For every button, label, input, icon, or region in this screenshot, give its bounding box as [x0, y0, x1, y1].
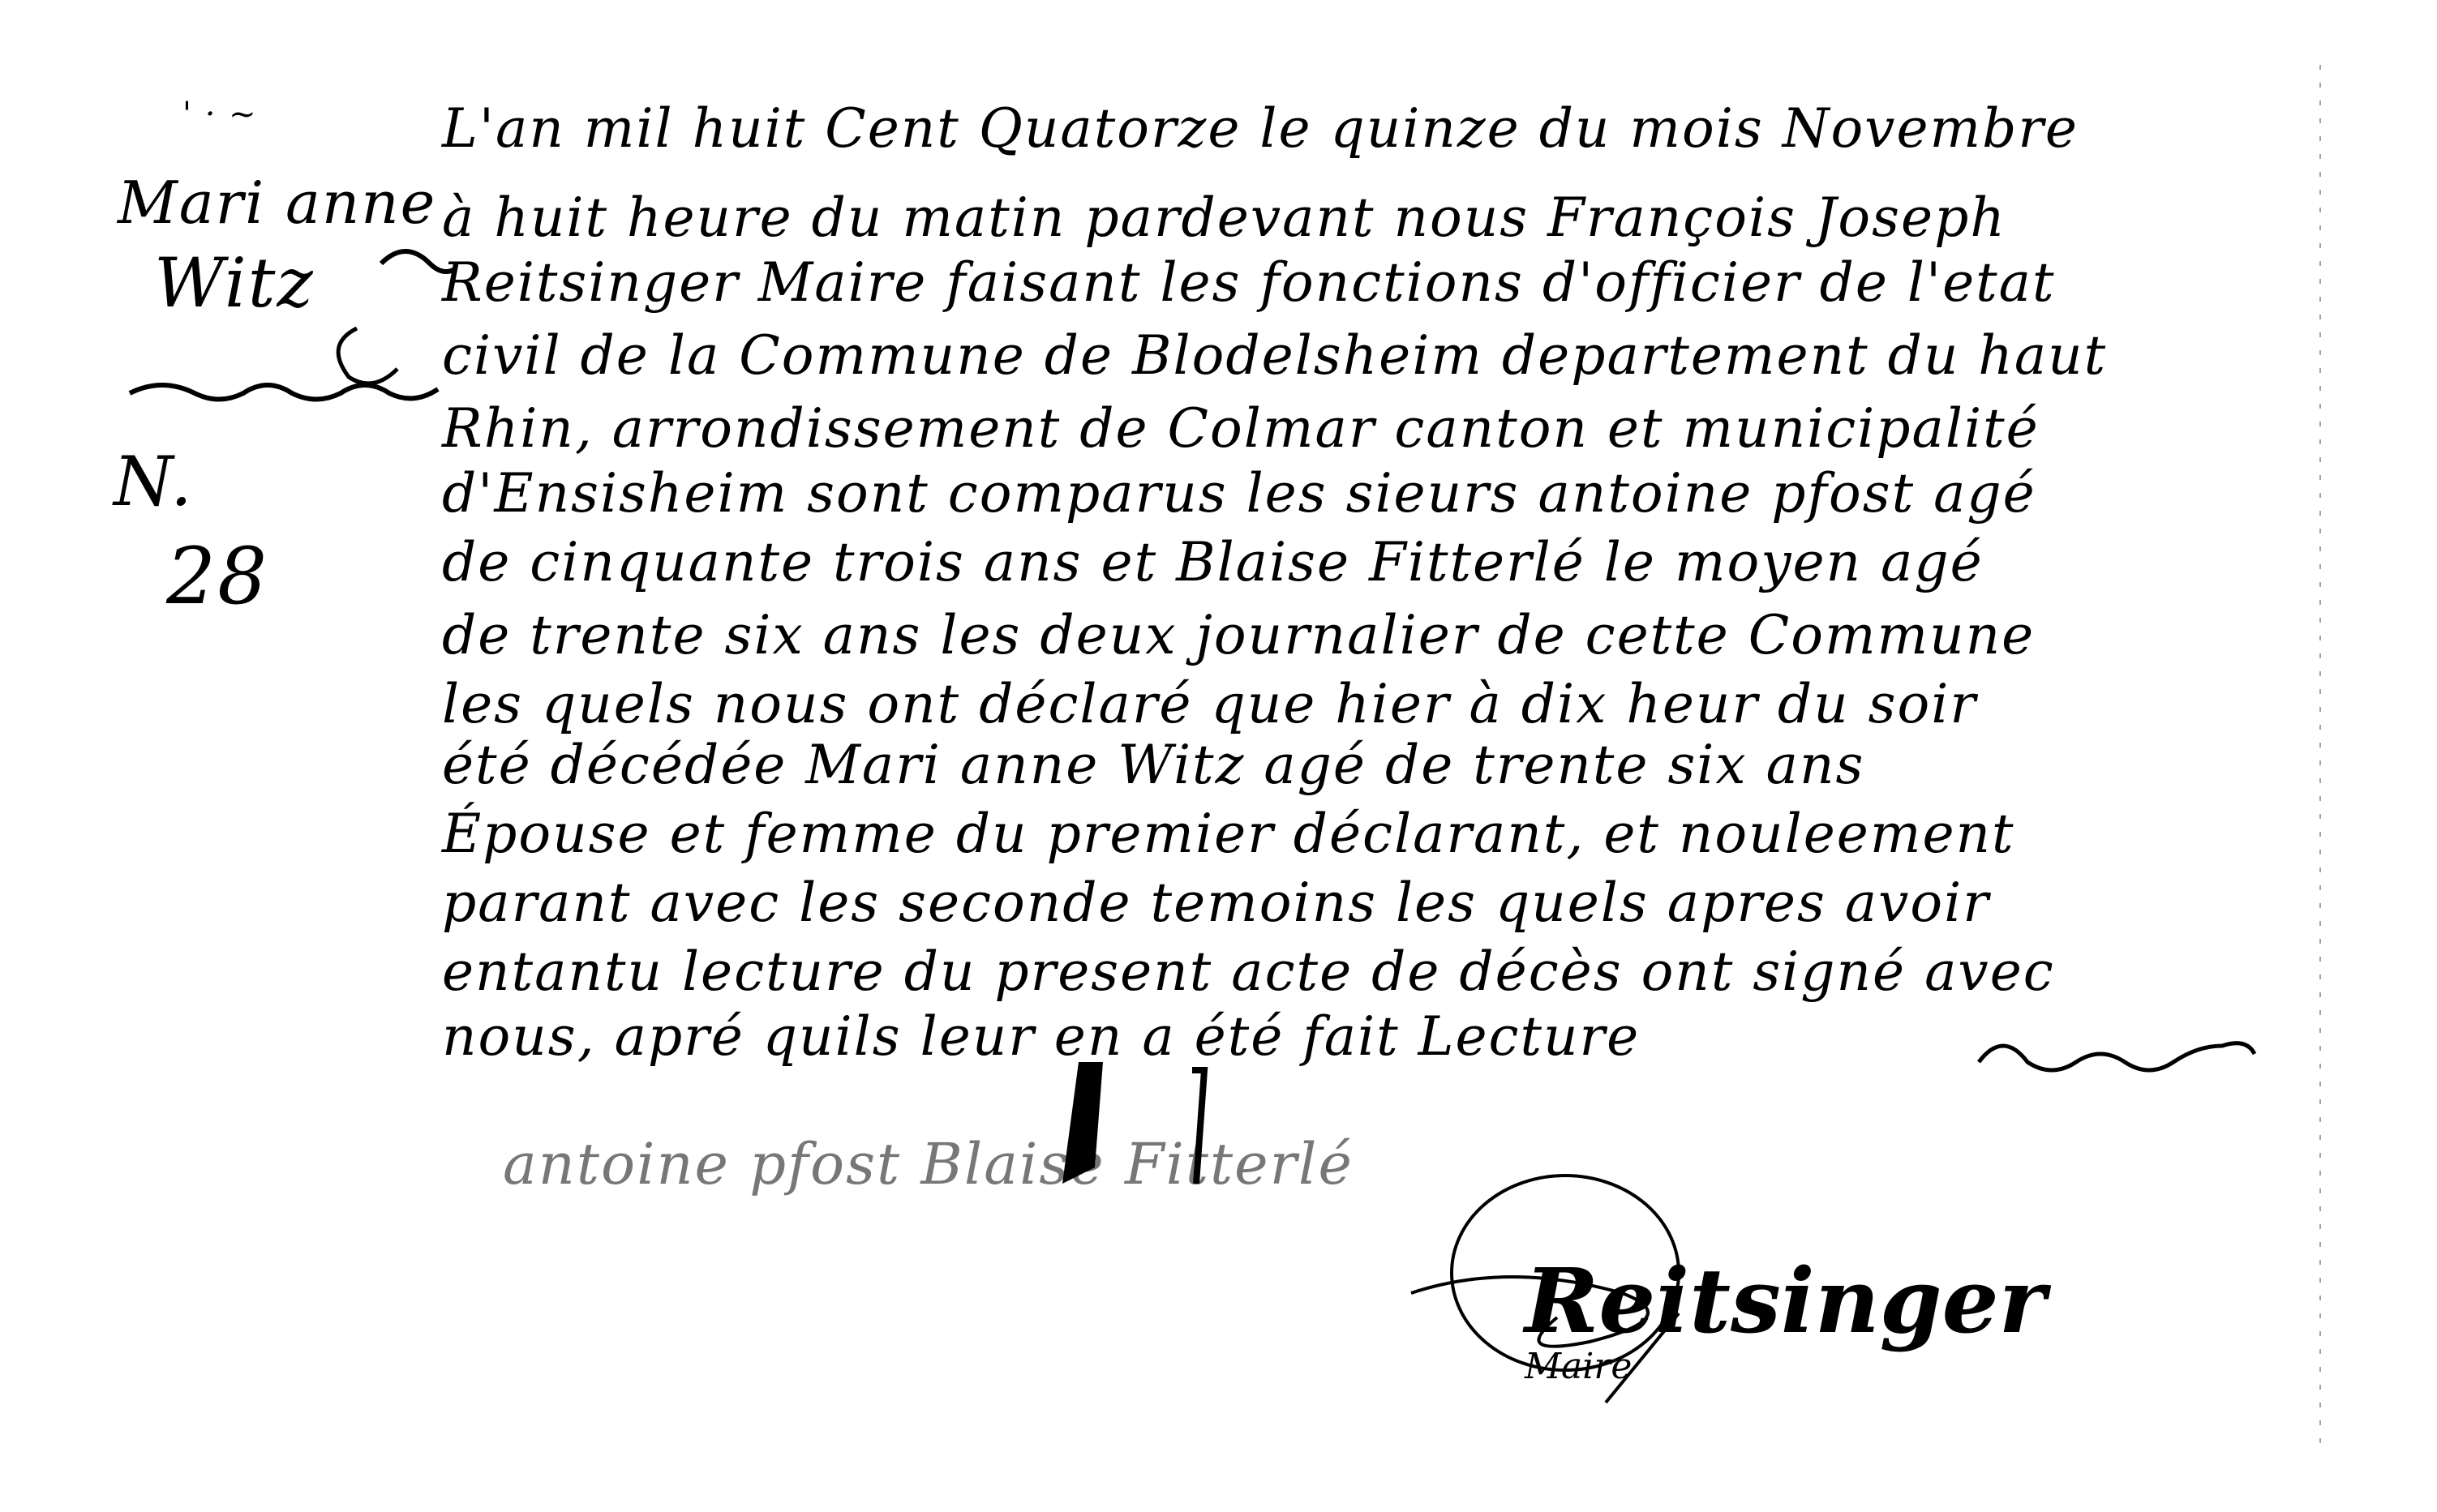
body-line-7: de cinquante trois ans et Blaise Fitterl…	[442, 531, 1984, 593]
body-line-1: L'an mil huit Cent Quatorze le quinze du…	[442, 97, 2079, 160]
body-line-10: été décédée Mari anne Witz agé de trente…	[442, 734, 1864, 796]
scanned-document-page: ' · ~ Mari anne Witz N. 28 L'an mil huit…	[0, 0, 2437, 1512]
body-line-6: d'Ensisheim sont comparus les sieurs ant…	[442, 462, 2036, 525]
body-line-4: civil de la Commune de Blodelsheim depar…	[442, 324, 2107, 387]
margin-name-first: Mari anne	[118, 169, 436, 237]
body-line-8: de trente six ans les deux journalier de…	[442, 604, 2035, 666]
mayor-signature: Reitsinger	[1525, 1249, 2046, 1353]
body-line-13: entantu lecture du present acte de décès…	[442, 940, 2055, 1003]
body-line-3: Reitsinger Maire faisant les fonctions d…	[442, 251, 2056, 314]
body-line-2: à huit heure du matin pardevant nous Fra…	[442, 186, 2006, 249]
stray-ink-mark: ' · ~	[182, 96, 258, 133]
page-right-edge	[2319, 65, 2321, 1443]
margin-flourish-icon	[114, 231, 454, 442]
body-line-9: les quels nous ont déclaré que hier à di…	[442, 673, 1977, 735]
line-end-flourish-icon	[1971, 1013, 2311, 1078]
margin-number-label: N.	[114, 442, 194, 521]
body-line-11: Épouse et femme du premier déclarant, et…	[442, 803, 2015, 865]
ink-blot-mark	[1030, 1054, 1273, 1265]
body-line-5: Rhin, arrondissement de Colmar canton et…	[442, 397, 2040, 460]
mayor-title: Maire	[1525, 1346, 1632, 1387]
margin-record-number: 28	[166, 531, 268, 622]
body-line-12: parant avec les seconde temoins les quel…	[442, 872, 1990, 934]
